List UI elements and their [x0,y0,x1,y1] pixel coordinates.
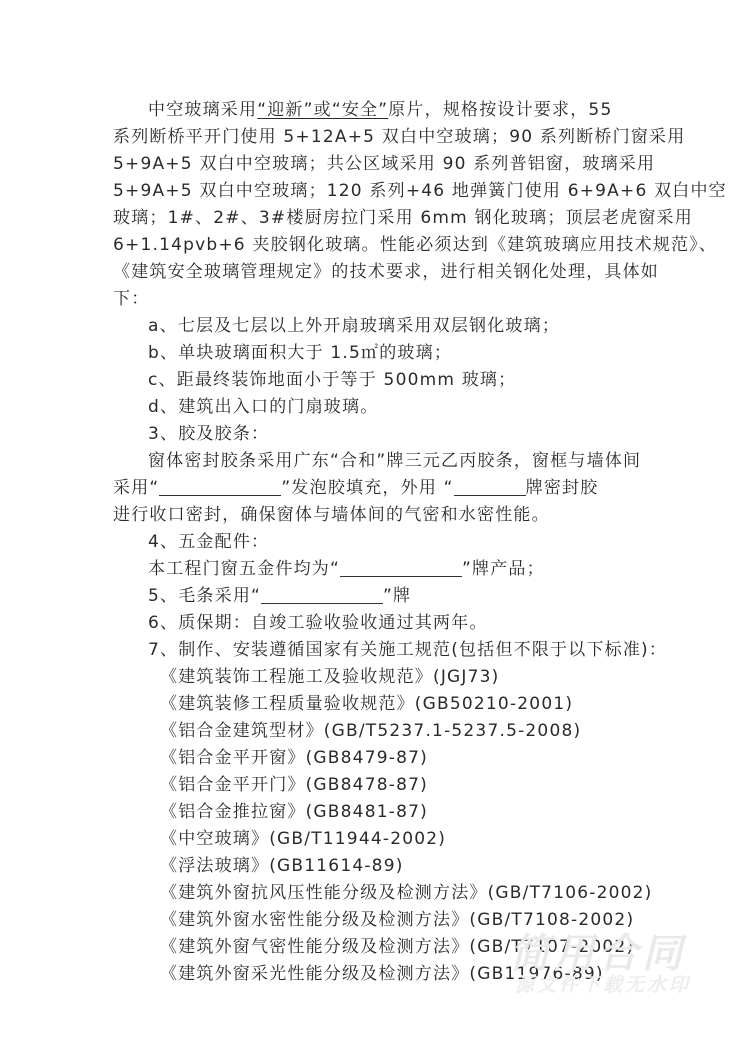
text: ”牌 [383,586,411,606]
glass-item: d、建筑出入口的门扇玻璃。 [148,395,378,419]
paragraph-line: 5、毛条采用“”牌 [148,584,411,608]
paragraph-line: 6+1.14pvb+6 夹胶钢化玻璃。性能必须达到《建筑玻璃应用技术规范》、 [113,233,717,257]
blank-hardware-brand[interactable] [340,558,462,577]
section-heading: 7、制作、安装遵循国家有关施工规范(包括但不限于以下标准)： [148,638,667,662]
blank-weatherstrip-brand[interactable] [261,585,383,604]
section-heading: 4、五金配件： [148,530,269,554]
text: ”发泡胶填充，外用 “ [281,478,453,498]
text: 牌密封胶 [526,478,599,498]
glass-item: b、单块玻璃面积大于 1.5㎡的玻璃； [148,341,452,365]
text: 本工程门窗五金件均为“ [148,559,340,579]
standard-item: 《铝合金平开窗》(GB8479-87) [160,746,428,770]
paragraph-line: 6、质保期：自竣工验收验收通过其两年。 [148,611,488,635]
paragraph-line: 窗体密封胶条采用广东“合和”牌三元乙丙胶条，窗框与墙体间 [148,449,641,473]
text: 5、毛条采用“ [148,586,261,606]
standard-item: 《铝合金平开门》(GB8478-87) [160,773,428,797]
glass-item: c、距最终装饰地面小于等于 500mm 玻璃； [148,368,516,392]
glass-item: a、七层及七层以上外开扇玻璃采用双层钢化玻璃； [148,314,560,338]
text: 原片，规格按设计要求，55 [388,100,612,120]
standard-item: 《建筑装修工程质量验收规范》(GB50210-2001) [160,692,573,716]
blank-foam-brand[interactable] [159,477,281,496]
section-heading: 3、胶及胶条： [148,422,269,446]
standard-item: 《浮法玻璃》(GB11614-89) [160,854,404,878]
standard-item: 《建筑外窗抗风压性能分级及检测方法》(GB/T7106-2002) [160,881,652,905]
paragraph-line: 《建筑安全玻璃管理规定》的技术要求，进行相关钢化处理，具体如 [113,260,659,284]
paragraph-line: 采用“”发泡胶填充，外用 “牌密封胶 [113,476,598,500]
blank-sealant-brand[interactable] [454,477,526,496]
standard-item: 《铝合金建筑型材》(GB/T5237.1-5237.5-2008) [160,719,581,743]
text: 采用“ [113,478,159,498]
paragraph-line: 中空玻璃采用“迎新”或“安全”原片，规格按设计要求，55 [148,98,612,122]
paragraph-line: 进行收口密封，确保窗体与墙体间的气密和水密性能。 [113,503,550,527]
document-page: 中空玻璃采用“迎新”或“安全”原片，规格按设计要求，55 系列断桥平开门使用 5… [0,0,742,1049]
paragraph-line: 玻璃；1#、2#、3#楼厨房拉门采用 6mm 钢化玻璃；顶层老虎窗采用 [113,206,693,230]
text: 中空玻璃采用 [148,100,257,120]
paragraph-line: 5+9A+5 双白中空玻璃；共公区域采用 90 系列普铝窗，玻璃采用 [113,152,655,176]
text: ”牌产品； [462,559,545,579]
standard-item: 《铝合金推拉窗》(GB8481-87) [160,800,428,824]
standard-item: 《中空玻璃》(GB/T11944-2002) [160,827,446,851]
paragraph-line: 系列断桥平开门使用 5+12A+5 双白中空玻璃；90 系列断桥门窗采用 [113,125,685,149]
paragraph-line: 本工程门窗五金件均为“”牌产品； [148,557,545,581]
underlined-glass-brand: “迎新”或“安全” [257,100,388,120]
watermark-subtitle: 源文件下载无水印 [515,970,691,997]
paragraph-line: 下： [113,287,149,311]
paragraph-line: 5+9A+5 双白中空玻璃；120 系列+46 地弹簧门使用 6+9A+6 双白… [113,179,727,203]
standard-item: 《建筑装饰工程施工及验收规范》(JGJ73) [160,665,500,689]
